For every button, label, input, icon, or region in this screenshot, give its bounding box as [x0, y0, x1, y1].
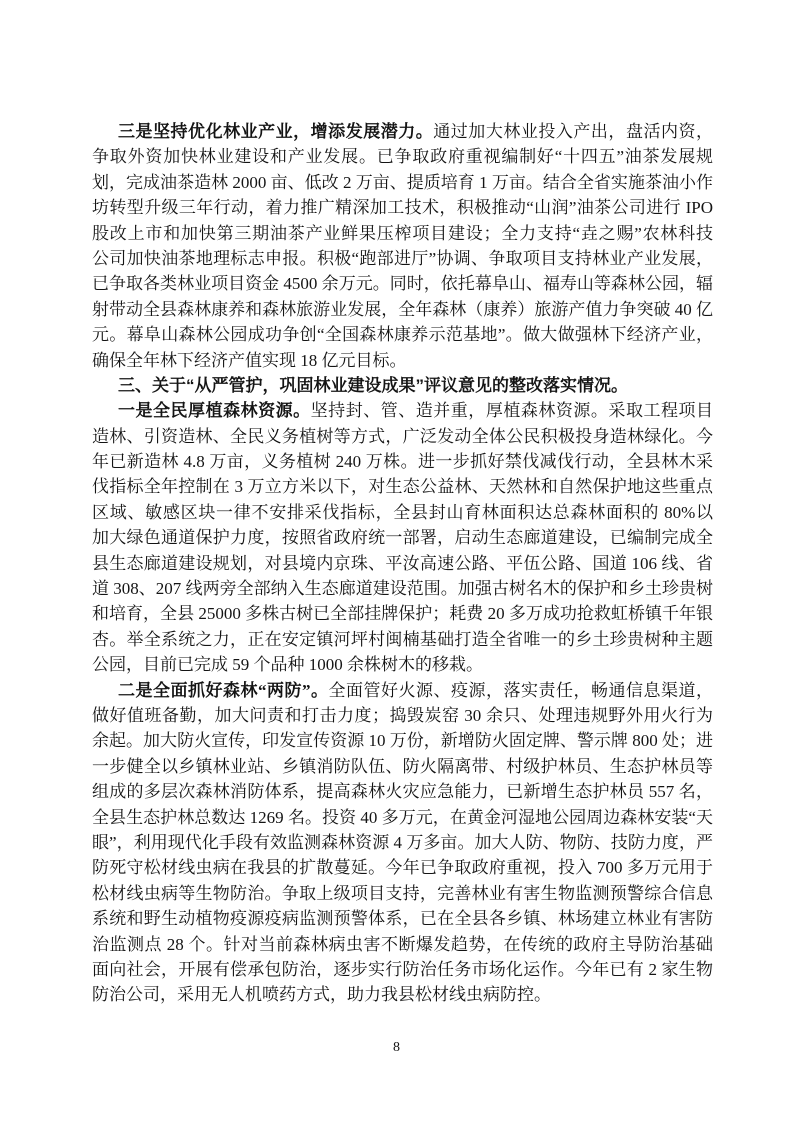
text-line: 道 308、207 线两旁全部纳入生态廊道建设范围。加强古树名木的保护和乡土珍贵…: [92, 576, 713, 601]
text-line: 系统和野生动植物疫源疫病监测预警体系，已在全县各乡镇、林场建立林业有害防: [92, 906, 713, 931]
paragraph-text: 通过加大林业投入产出，盘活内资，: [433, 122, 713, 141]
text-line: 做好值班备勤，加大问责和打击力度；捣毁炭窑 30 余只、处理违规野外用火行为 2…: [92, 703, 713, 728]
text-line: 坊转型升级三年行动，着力推广精深加工技术，积极推动“山润”油茶公司进行 IPO: [92, 195, 713, 220]
text-line: 争取外资加快林业建设和产业发展。已争取政府重视编制好“十四五”油茶发展规: [92, 144, 713, 169]
text-line: 杏。举全系统之力，正在安定镇河坪村闽楠基础打造全省唯一的乡土珍贵树种主题: [92, 627, 713, 652]
text-line: 松材线虫病等生物防治。争取上级项目支持，完善林业有害生物监测预警综合信息: [92, 881, 713, 906]
text-line: 眼”，利用现代化手段有效监测森林资源 4 万多亩。加大人防、物防、技防力度，严: [92, 830, 713, 855]
text-line: 股改上市和加快第三期油茶产业鲜果压榨项目建设；全力支持“垚之赐”农林科技: [92, 221, 713, 246]
text-line: 防治公司，采用无人机喷药方式，助力我县松材线虫病防控。: [92, 982, 713, 1007]
document-page: { "page": { "number": "8" }, "colors": {…: [0, 0, 793, 1122]
text-line: 和培育，全县 25000 多株古树已全部挂牌保护；耗费 20 多万成功抢救虹桥镇…: [92, 601, 713, 626]
text-line: 治监测点 28 个。针对当前森林病虫害不断爆发趋势，在传统的政府主导防治基础上，: [92, 932, 713, 957]
text-line: 公司加快油茶地理标志申报。积极“跑部进厅”协调、争取项目支持林业产业发展，: [92, 246, 713, 271]
text-line: 造林、引资造林、全民义务植树等方式，广泛发动全体公民积极投身造林绿化。今: [92, 424, 713, 449]
text-line: 一是全民厚植森林资源。坚持封、管、造并重，厚植森林资源。采取工程项目: [92, 398, 713, 423]
page-footer: 8: [0, 1038, 793, 1056]
text-line: 三是坚持优化林业产业，增添发展潜力。通过加大林业投入产出，盘活内资，: [92, 119, 713, 144]
text-line: 伐指标全年控制在 3 万立方米以下，对生态公益林、天然林和自然保护地这些重点: [92, 474, 713, 499]
text-line: 公园，目前已完成 59 个品种 1000 余株树木的移栽。: [92, 652, 713, 677]
text-line: 已争取各类林业项目资金 4500 余万元。同时，依托幕阜山、福寿山等森林公园，辐: [92, 271, 713, 296]
text-line: 划，完成油茶造林 2000 亩、低改 2 万亩、提质培育 1 万亩。结合全省实施…: [92, 170, 713, 195]
page-number: 8: [393, 1040, 400, 1055]
text-line: 余起。加大防火宣传，印发宣传资源 10 万份，新增防火固定牌、警示牌 800 处…: [92, 728, 713, 753]
text-line: 组成的多层次森林消防体系，提高森林火灾应急能力，已新增生态护林员 557 名，: [92, 779, 713, 804]
text-line: 二是全面抓好森林“两防”。全面管好火源、疫源，落实责任，畅通信息渠道，: [92, 678, 713, 703]
section-heading: 三、关于“从严管护，巩固林业建设成果”评议意见的整改落实情况。: [118, 376, 628, 395]
text-line: 射带动全县森林康养和森林旅游业发展，全年森林（康养）旅游产值力争突破 40 亿: [92, 297, 713, 322]
text-line: 县生态廊道建设规划，对县境内京珠、平汝高速公路、平伍公路、国道 106 线、省: [92, 551, 713, 576]
text-line: 元。幕阜山森林公园成功争创“全国森林康养示范基地”。做大做强林下经济产业，: [92, 322, 713, 347]
paragraph-text: 全面管好火源、疫源，落实责任，畅通信息渠道，: [329, 681, 714, 700]
document-body: 三是坚持优化林业产业，增添发展潜力。通过加大林业投入产出，盘活内资，争取外资加快…: [92, 119, 713, 1008]
paragraph-lead: 三是坚持优化林业产业，增添发展潜力。: [118, 122, 433, 141]
paragraph-lead: 二是全面抓好森林“两防”。: [118, 681, 329, 700]
text-line: 确保全年林下经济产值实现 18 亿元目标。: [92, 348, 713, 373]
text-line: 区域、敏感区块一律不安排采伐指标，全县封山育林面积达总森林面积的 80%以上。: [92, 500, 713, 525]
text-line: 面向社会，开展有偿承包防治，逐步实行防治任务市场化运作。今年已有 2 家生物: [92, 957, 713, 982]
paragraph-text: 坚持封、管、造并重，厚植森林资源。采取工程项目: [311, 401, 713, 420]
text-line: 全县生态护林总数达 1269 名。投资 40 多万元，在黄金河湿地公园周边森林安…: [92, 805, 713, 830]
text-line: 防死守松材线虫病在我县的扩散蔓延。今年已争取政府重视，投入 700 多万元用于: [92, 855, 713, 880]
text-line: 三、关于“从严管护，巩固林业建设成果”评议意见的整改落实情况。: [92, 373, 713, 398]
text-line: 一步健全以乡镇林业站、乡镇消防队伍、防火隔离带、村级护林员、生态护林员等: [92, 754, 713, 779]
paragraph-lead: 一是全民厚植森林资源。: [118, 401, 311, 420]
text-line: 年已新造林 4.8 万亩，义务植树 240 万株。进一步抓好禁伐减伐行动，全县林…: [92, 449, 713, 474]
text-line: 加大绿色通道保护力度，按照省政府统一部署，启动生态廊道建设，已编制完成全: [92, 525, 713, 550]
